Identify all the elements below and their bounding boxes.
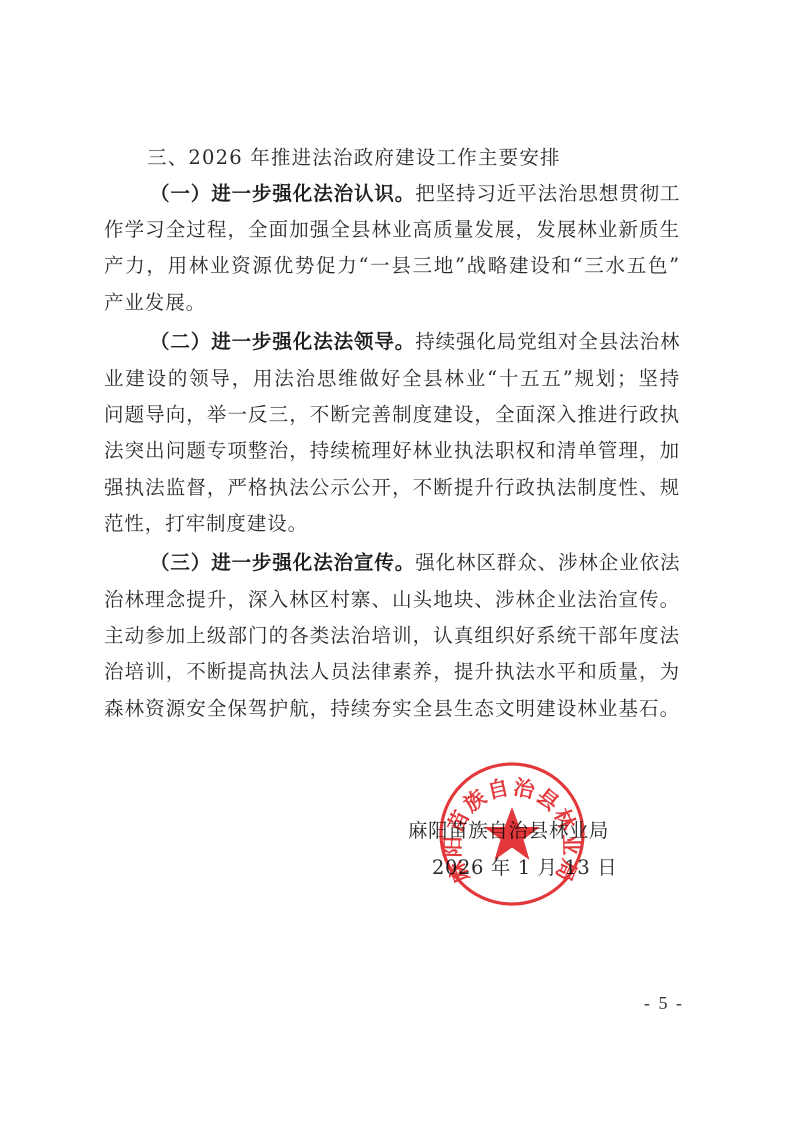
- paragraph-1-line-2: 作学习全过程，全面加强全县林业高质量发展，发展林业新质生: [104, 218, 680, 242]
- paragraph-1-line-3: 产力，用林业资源优势促力“一县三地”战略建设和“三水五色”: [104, 254, 680, 278]
- paragraph-2-line-5: 强执法监督，严格执法公示公开，不断提升行政执法制度性、规: [104, 476, 680, 500]
- seal-star-icon: [484, 807, 540, 860]
- paragraph-1-label: （一）进一步强化法治认识。: [150, 182, 415, 205]
- paragraph-3-first-line: （三）进一步强化法治宣传。强化林区群众、涉林企业依法: [150, 551, 680, 575]
- paragraph-3-line-4: 治培训，不断提高执法人员法律素养，提升执法水平和质量，为: [104, 660, 680, 684]
- paragraph-3-line-5: 森林资源安全保驾护航，持续夯实全县生态文明建设林业基石。: [104, 697, 680, 721]
- paragraph-1-first-line: （一）进一步强化法治认识。把坚持习近平法治思想贯彻工: [150, 182, 680, 206]
- paragraph-2-line-2: 业建设的领导，用法治思维做好全县林业“十五五”规划；坚持: [104, 367, 680, 391]
- paragraph-2-text: 持续强化局党组对全县法治林: [415, 330, 680, 353]
- paragraph-1-text: 把坚持习近平法治思想贯彻工: [415, 182, 680, 205]
- paragraph-3-line-2: 治林理念提升，深入林区村寨、山头地块、涉林企业法治宣传。: [104, 588, 680, 612]
- paragraph-2-line-4: 法突出问题专项整治，持续梳理好林业执法职权和清单管理，加: [104, 439, 680, 463]
- paragraph-3-line-3: 主动参加上级部门的各类法治培训，认真组织好系统干部年度法: [104, 624, 680, 648]
- section-heading: 三、2026 年推进法治政府建设工作主要安排: [147, 146, 723, 170]
- paragraph-2-line-3: 问题导向，举一反三，不断完善制度建设，全面深入推进行政执: [104, 403, 680, 427]
- paragraph-2-first-line: （二）进一步强化法法领导。持续强化局党组对全县法治林: [150, 330, 680, 354]
- official-seal-icon: 麻阳苗族自治县林业局: [438, 761, 586, 907]
- paragraph-3-text: 强化林区群众、涉林企业依法: [415, 551, 680, 574]
- paragraph-2-label: （二）进一步强化法法领导。: [150, 330, 415, 353]
- paragraph-3-label: （三）进一步强化法治宣传。: [150, 551, 415, 574]
- page-number: - 5 -: [644, 993, 684, 1014]
- paragraph-2-line-6: 范性，打牢制度建设。: [104, 512, 680, 536]
- document-page: 三、2026 年推进法治政府建设工作主要安排 （一）进一步强化法治认识。把坚持习…: [0, 0, 793, 1122]
- paragraph-1-line-4: 产业发展。: [104, 291, 680, 315]
